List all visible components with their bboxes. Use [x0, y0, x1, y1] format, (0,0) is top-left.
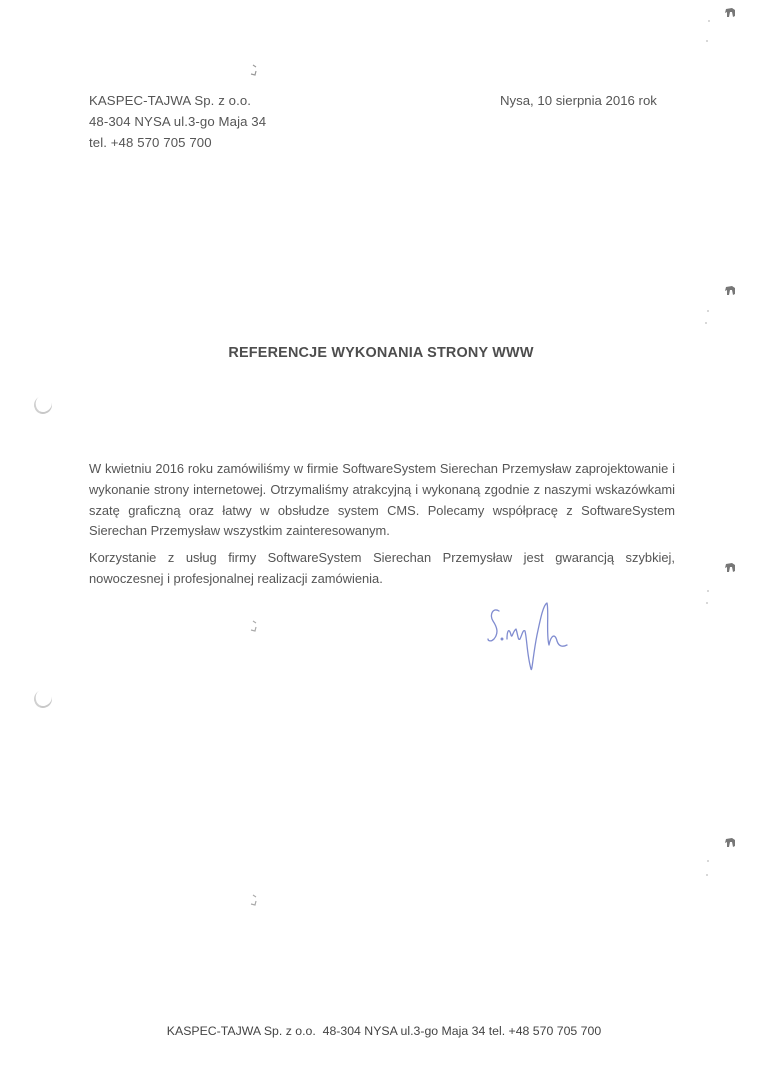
scan-speck-icon — [246, 62, 262, 80]
scanned-letter-page: KASPEC-TAJWA Sp. z o.o. 48-304 NYSA ul.3… — [0, 0, 768, 1085]
body-paragraph-2: Korzystanie z usług firmy SoftwareSystem… — [89, 548, 675, 590]
scan-artifact-icon — [722, 836, 742, 850]
sender-address-block: KASPEC-TAJWA Sp. z o.o. 48-304 NYSA ul.3… — [89, 90, 266, 153]
sender-phone: tel. +48 570 705 700 — [89, 132, 266, 153]
scan-speck-icon — [246, 892, 262, 910]
scan-artifact-icon — [722, 6, 742, 20]
punch-hole-mark-icon — [31, 687, 54, 710]
sender-company: KASPEC-TAJWA Sp. z o.o. — [89, 90, 266, 111]
body-paragraph-1: W kwietniu 2016 roku zamówiliśmy w firmi… — [89, 459, 675, 542]
document-title: REFERENCJE WYKONANIA STRONY WWW — [0, 345, 768, 361]
scan-artifact-icon — [722, 561, 742, 575]
signature-icon — [485, 595, 590, 680]
punch-hole-mark-icon — [31, 393, 54, 416]
letterhead-footer: KASPEC-TAJWA Sp. z o.o. 48-304 NYSA ul.3… — [0, 1024, 768, 1038]
scan-artifact-icon — [722, 284, 742, 298]
scan-speck-icon — [246, 618, 262, 636]
document-title-text: REFERENCJE WYKONANIA STRONY WWW — [228, 345, 533, 361]
sender-address: 48-304 NYSA ul.3-go Maja 34 — [89, 111, 266, 132]
date-line: Nysa, 10 sierpnia 2016 rok — [500, 90, 657, 111]
